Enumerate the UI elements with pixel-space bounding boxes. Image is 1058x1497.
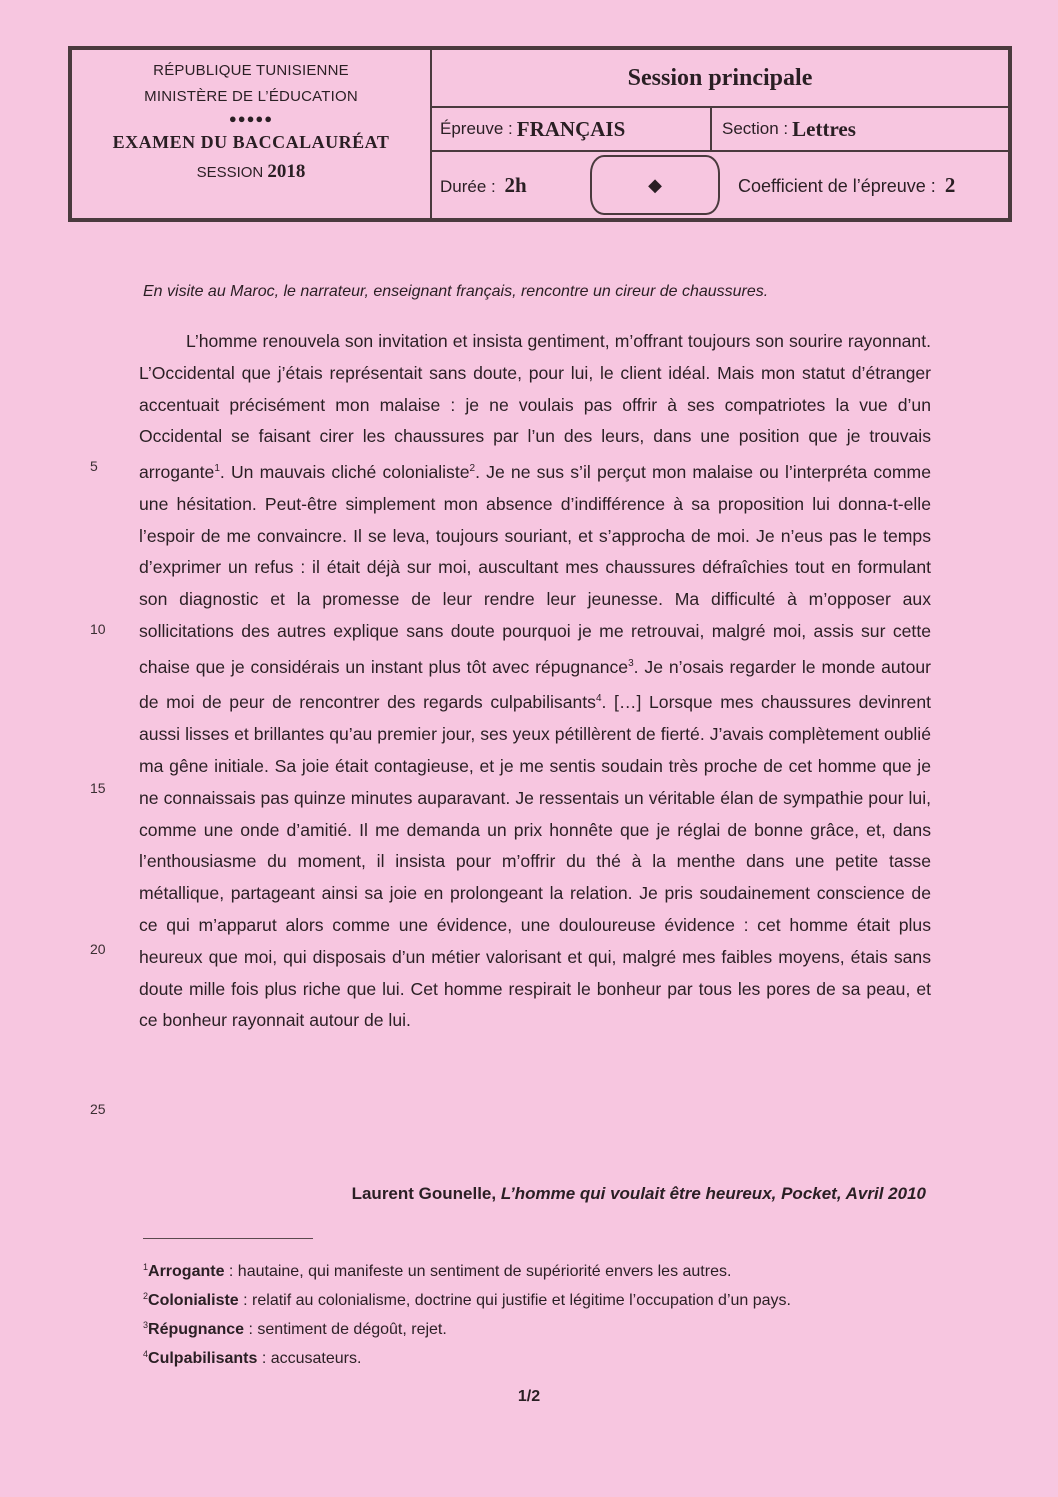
footnote-definition: : sentiment de dégoût, rejet. [244, 1321, 447, 1338]
session-year-value: 2018 [267, 161, 305, 182]
country-label: RÉPUBLIQUE TUNISIENNE [153, 58, 349, 84]
passage-segment: . […] Lorsque mes chaussures devinrent a… [139, 692, 931, 1030]
ministry-label: MINISTÈRE DE L’ÉDUCATION [144, 84, 358, 110]
passage-segment: L’homme renouvela son invitation et insi… [139, 331, 931, 482]
header-institution-block: RÉPUBLIQUE TUNISIENNE MINISTÈRE DE L’ÉDU… [72, 50, 432, 218]
footnote-divider [143, 1238, 313, 1239]
duration-row: Durée : 2h ◆ Coefficient de l’épreuve : … [432, 152, 1008, 218]
footnote-term: Culpabilisants [148, 1350, 257, 1367]
epreuve-label: Épreuve : [440, 119, 513, 139]
session-type: Session principale [432, 50, 1008, 108]
epreuve-cell: Épreuve : FRANÇAIS [432, 108, 712, 150]
coefficient-label: Coefficient de l’épreuve : [738, 176, 936, 196]
footnote-item: 3Répugnance : sentiment de dégoût, rejet… [143, 1313, 791, 1342]
section-cell: Section : Lettres [712, 108, 1008, 150]
footnotes: 1Arrogante : hautaine, qui manifeste un … [143, 1255, 791, 1371]
subject-row: Épreuve : FRANÇAIS Section : Lettres [432, 108, 1008, 152]
passage-intro: En visite au Maroc, le narrateur, enseig… [143, 283, 768, 301]
diamond-badge: ◆ [590, 155, 720, 215]
page-number: 1/2 [0, 1388, 1058, 1406]
duration-label: Durée : [440, 177, 496, 196]
coefficient-cell: Coefficient de l’épreuve : 2 [738, 173, 955, 198]
session-year: SESSION 2018 [197, 156, 306, 189]
footnote-item: 2Colonialiste : relatif au colonialisme,… [143, 1284, 791, 1313]
footnote-definition: : hautaine, qui manifeste un sentiment d… [224, 1263, 731, 1280]
passage-paragraph: L’homme renouvela son invitation et insi… [139, 326, 931, 1037]
footnote-definition: : relatif au colonialisme, doctrine qui … [239, 1292, 791, 1309]
passage-segment: . Un mauvais cliché colonialiste [220, 462, 470, 482]
footnote-item: 1Arrogante : hautaine, qui manifeste un … [143, 1255, 791, 1284]
line-number: 20 [90, 941, 106, 957]
footnote-term: Colonialiste [148, 1292, 239, 1309]
line-number: 25 [90, 1101, 106, 1117]
passage-segment: . Je ne sus s’il perçut mon malaise ou l… [139, 462, 931, 677]
diamond-icon: ◆ [648, 175, 662, 196]
section-value: Lettres [792, 117, 856, 142]
passage-text: L’homme renouvela son invitation et insi… [139, 326, 931, 1037]
footnote-item: 4Culpabilisants : accusateurs. [143, 1342, 791, 1371]
epreuve-value: FRANÇAIS [517, 117, 626, 142]
line-number: 15 [90, 780, 106, 796]
source-citation: Laurent Gounelle, L’homme qui voulait êt… [0, 1184, 926, 1204]
exam-title: EXAMEN DU BACCALAURÉAT [113, 128, 390, 156]
dots-divider: ●●●●● [229, 110, 273, 128]
section-label: Section : [722, 119, 788, 139]
footnote-definition: : accusateurs. [257, 1350, 361, 1367]
header-exam-info: Session principale Épreuve : FRANÇAIS Se… [432, 50, 1008, 218]
exam-header: RÉPUBLIQUE TUNISIENNE MINISTÈRE DE L’ÉDU… [68, 46, 1012, 222]
duration-value: 2h [504, 173, 526, 197]
line-number: 10 [90, 621, 106, 637]
footnote-term: Répugnance [148, 1321, 244, 1338]
duration-cell: Durée : 2h [432, 173, 590, 198]
source-author: Laurent Gounelle, [352, 1184, 497, 1203]
source-title: L’homme qui voulait être heureux, Pocket… [501, 1184, 926, 1203]
line-number: 5 [90, 458, 98, 474]
coefficient-value: 2 [945, 173, 956, 197]
session-label: SESSION [197, 164, 264, 181]
footnote-term: Arrogante [148, 1263, 224, 1280]
